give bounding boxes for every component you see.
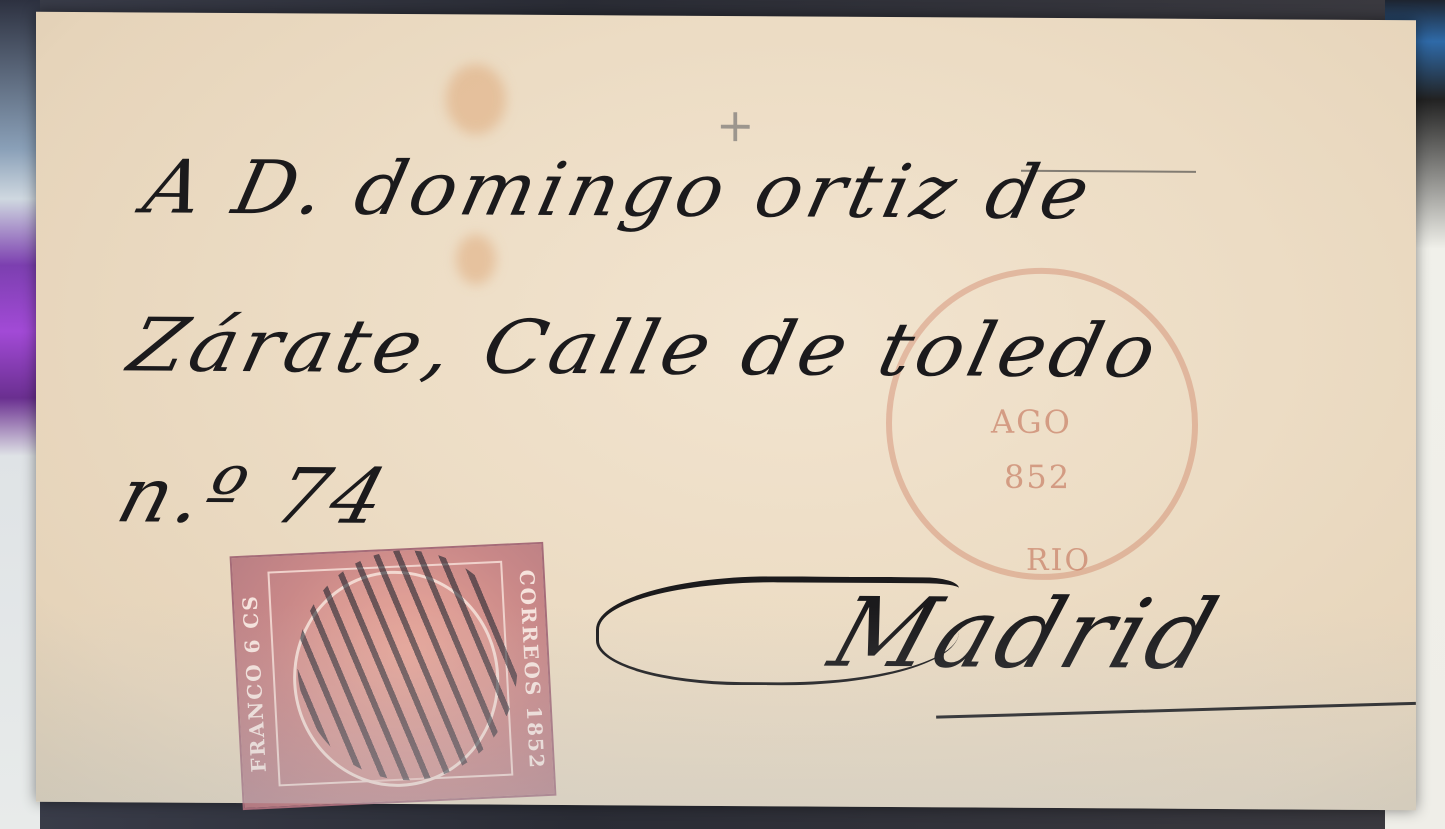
background-left xyxy=(0,0,40,829)
paper-stain xyxy=(456,234,496,284)
postmark-month: AGO xyxy=(991,403,1072,441)
address-line-3: n.º 74 xyxy=(108,450,399,540)
paper-stain xyxy=(446,64,506,134)
postmark-year: 852 xyxy=(1004,458,1071,496)
postmark-bottom-text: RIO xyxy=(1026,543,1091,578)
postage-stamp: FRANCO 6 CS CORREOS 1852 xyxy=(230,542,557,810)
envelope: + AGO 852 RIO A D. domingo ortiz de Zára… xyxy=(36,12,1416,810)
city-underline xyxy=(936,702,1416,719)
pencil-mark: + xyxy=(716,98,755,152)
address-line-2: Zárate, Calle de toledo xyxy=(121,302,1168,394)
address-line-1: A D. domingo ortiz de xyxy=(136,145,1101,237)
address-city: Madrid xyxy=(818,577,1233,691)
stamp-right-text: CORREOS 1852 xyxy=(508,552,550,788)
